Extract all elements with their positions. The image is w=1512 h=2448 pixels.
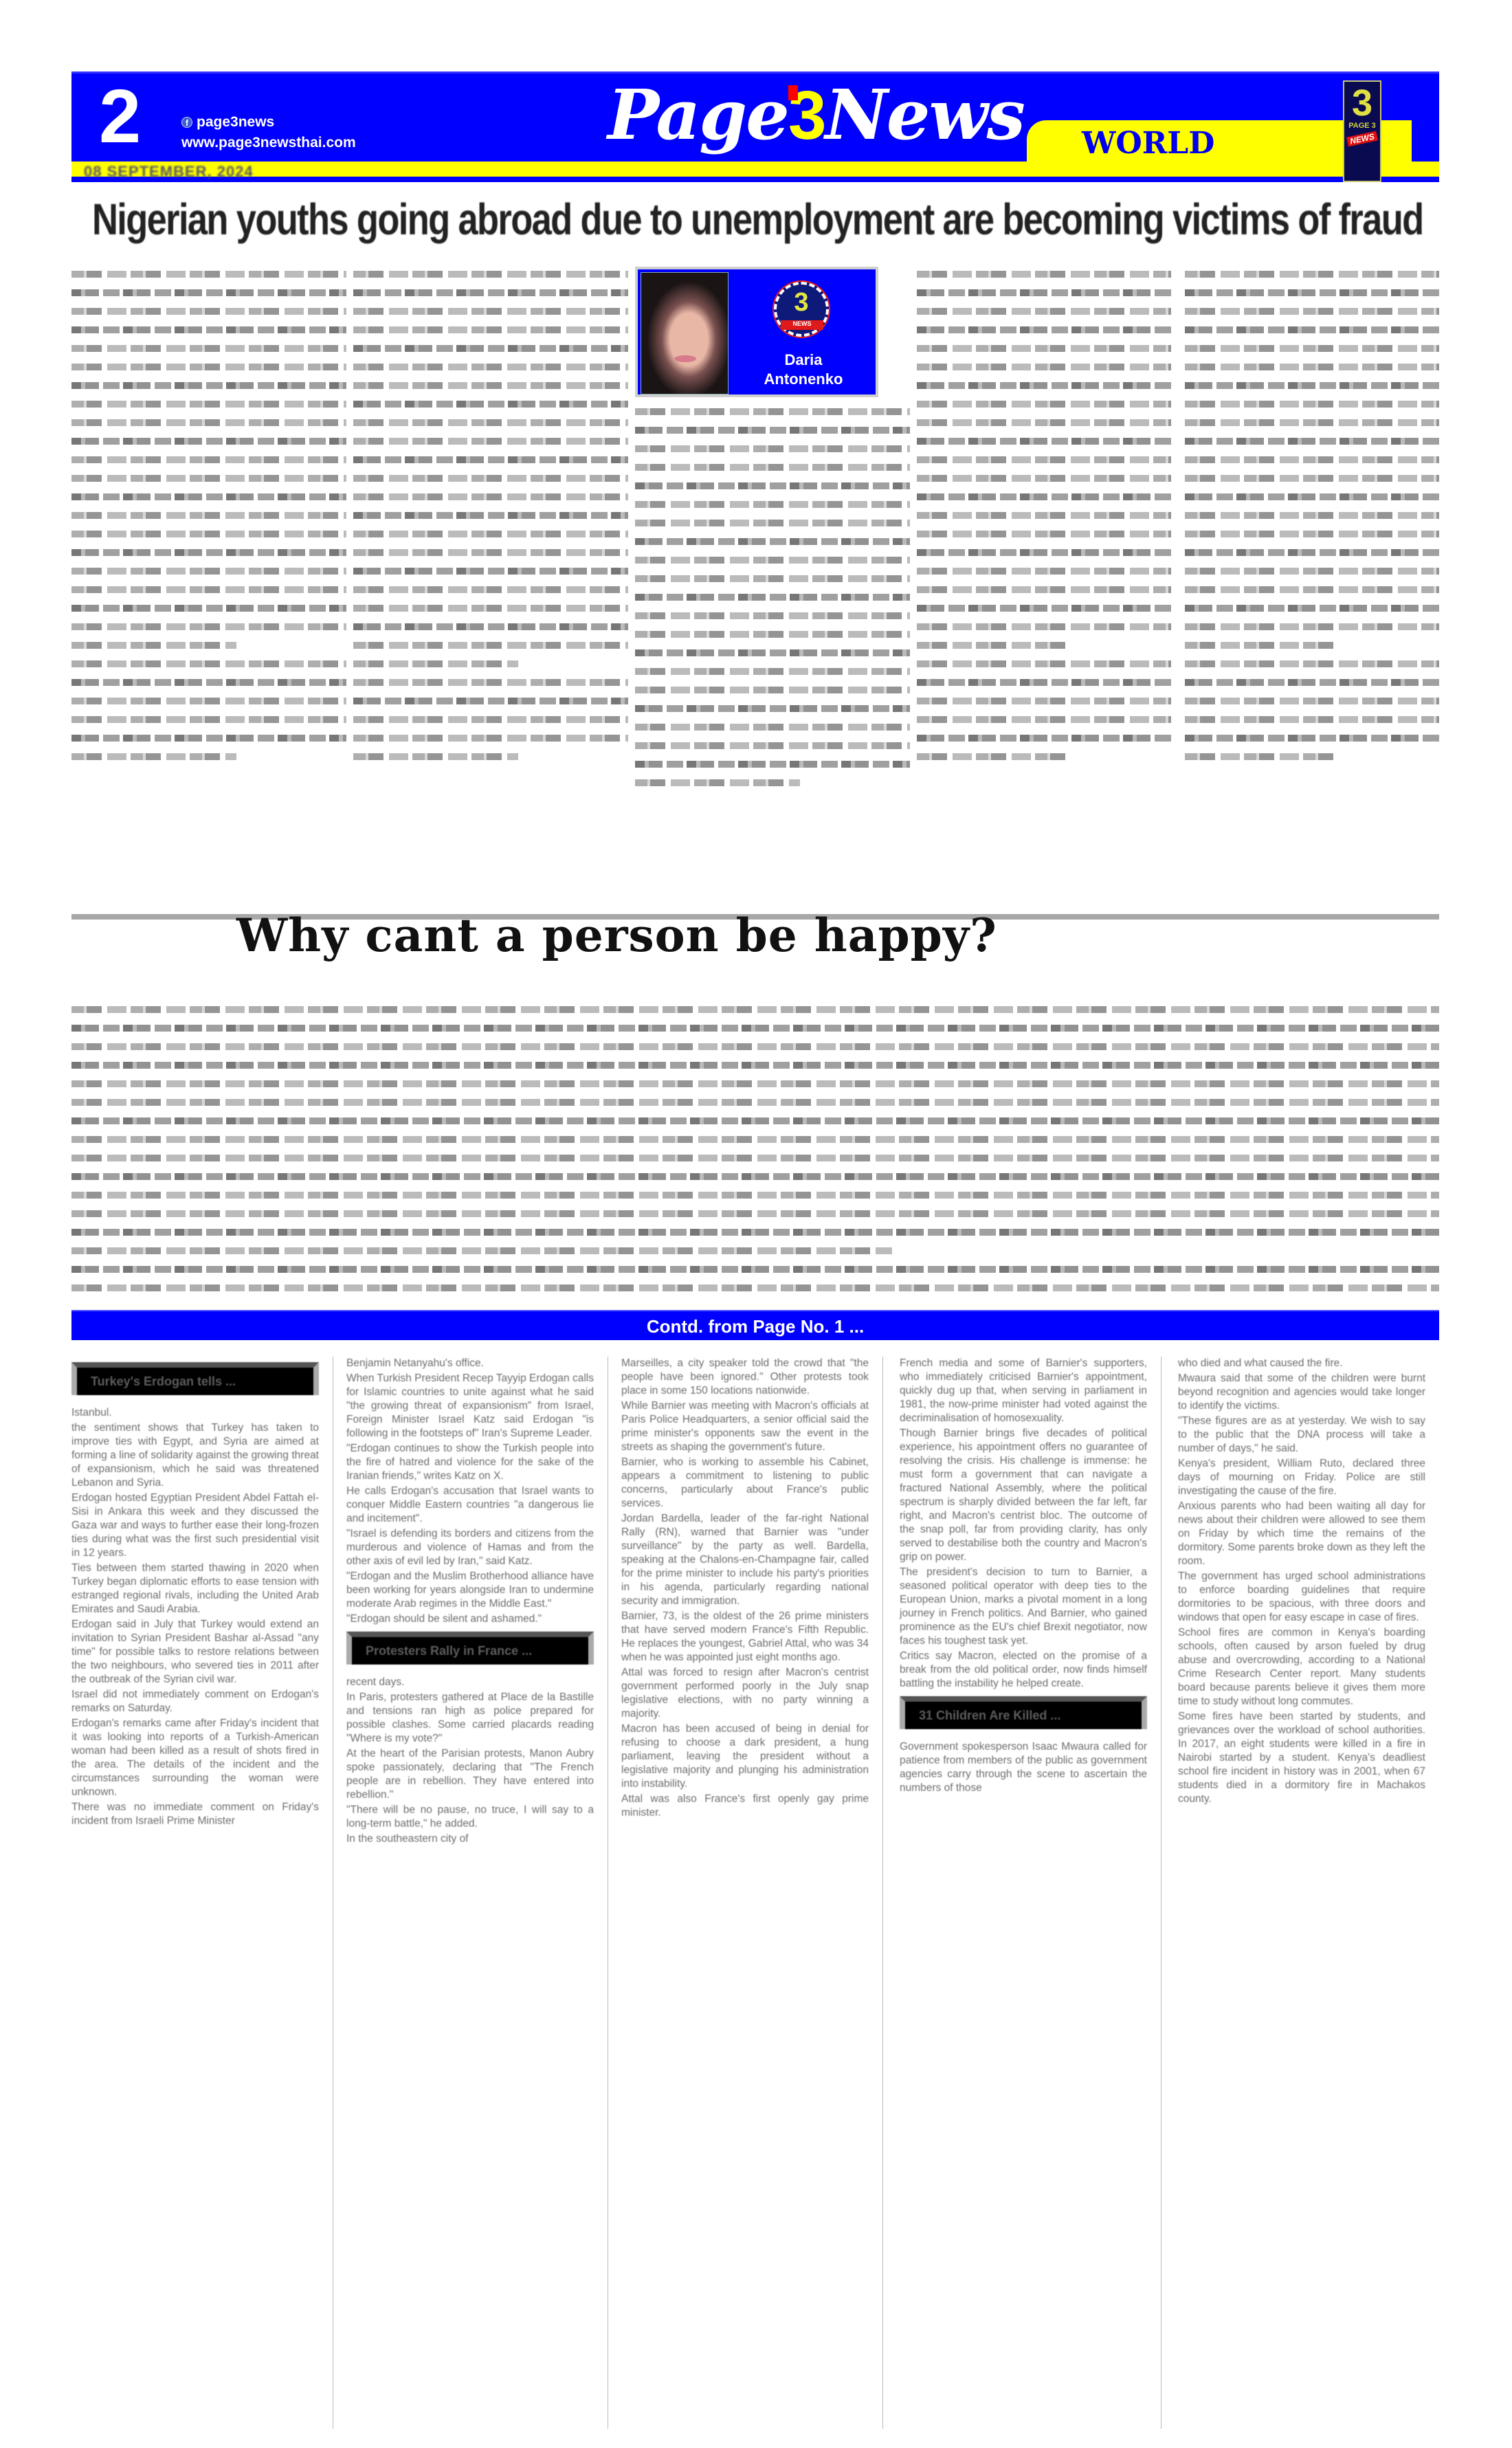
emblem-number: 3 (794, 288, 808, 317)
paragraph: In Paris, protesters gathered at Place d… (346, 1691, 594, 1746)
author-card: 3 NEWS Daria Antonenko (635, 267, 878, 397)
website-link[interactable]: www.page3newsthai.com (181, 133, 356, 153)
logo-prefix: Page (608, 74, 788, 155)
section-label-france[interactable]: Protesters Rally in France ... (346, 1632, 594, 1665)
author-first-name: Daria (729, 350, 878, 370)
paragraph: French media and some of Barnier's suppo… (900, 1357, 1147, 1425)
paragraph: At the heart of the Parisian protests, M… (346, 1747, 594, 1802)
paragraph: Erdogan's remarks came after Friday's in… (71, 1717, 319, 1799)
paragraph: Attal was forced to resign after Macron'… (621, 1666, 869, 1721)
masthead: 2 fpage3news www.page3newsthai.com Page3… (71, 71, 1439, 181)
paragraph: "Erdogan continues to show the Turkish p… (346, 1442, 594, 1483)
paragraph: When Turkish President Recep Tayyip Erdo… (346, 1372, 594, 1440)
date-strip: 08 SEPTEMBER, 2024 (71, 162, 1439, 182)
author-last-name: Antonenko (729, 370, 878, 389)
article1-column-2 (353, 271, 628, 772)
newspaper-page: 2 fpage3news www.page3newsthai.com Page3… (71, 71, 1439, 181)
section-label-kenya[interactable]: 31 Children Are Killed ... (900, 1696, 1147, 1729)
contd-column-2: Benjamin Netanyahu's office. When Turkis… (346, 1357, 594, 1847)
section-label-turkey[interactable]: Turkey's Erdogan tells ... (71, 1362, 319, 1395)
contd-column-3: Marseilles, a city speaker told the crow… (621, 1357, 869, 1821)
author-name: Daria Antonenko (729, 350, 878, 389)
paragraph: Macron has been accused of being in deni… (621, 1722, 869, 1791)
column-divider (333, 1357, 333, 2429)
paragraph: Erdogan said in July that Turkey would e… (71, 1618, 319, 1687)
facebook-handle[interactable]: page3news (197, 114, 274, 130)
article1-column-4 (917, 271, 1171, 772)
paragraph: "There will be no pause, no truce, I wil… (346, 1803, 594, 1831)
page3news-logo: Page3News (608, 80, 1024, 150)
page-number: 2 (99, 79, 141, 155)
article1-column-3 (635, 408, 910, 798)
paragraph: Anxious parents who had been waiting all… (1178, 1500, 1425, 1568)
section-title: WORLD (1082, 126, 1214, 161)
badge-label: PAGE 3 (1344, 122, 1380, 130)
badge-news: NEWS (1346, 131, 1378, 147)
page3-badge-icon: 3 PAGE 3 NEWS (1343, 80, 1381, 182)
paragraph: Ties between them started thawing in 202… (71, 1561, 319, 1616)
paragraph: "Erdogan and the Muslim Brotherhood alli… (346, 1570, 594, 1611)
author-photo (641, 272, 729, 394)
paragraph: While Barnier was meeting with Macron's … (621, 1399, 869, 1454)
paragraph: Benjamin Netanyahu's office. (346, 1357, 594, 1370)
column-divider (882, 1357, 883, 2429)
paragraph: recent days. (346, 1676, 594, 1689)
paragraph: "Israel is defending its borders and cit… (346, 1527, 594, 1568)
paragraph: "These figures are as at yesterday. We w… (1178, 1414, 1425, 1456)
emblem-ribbon: NEWS (781, 320, 823, 330)
paragraph: Attal was also France's first openly gay… (621, 1792, 869, 1820)
paragraph: Istanbul. (71, 1406, 319, 1420)
paragraph: School fires are common in Kenya's board… (1178, 1626, 1425, 1709)
paragraph: In the southeastern city of (346, 1832, 594, 1846)
page3-emblem-icon: 3 NEWS (774, 282, 829, 337)
paragraph: "Erdogan should be silent and ashamed." (346, 1612, 594, 1626)
paragraph: Mwaura said that some of the children we… (1178, 1372, 1425, 1413)
article2-body (71, 1006, 1439, 1303)
article2-headline: Why cant a person be happy? (236, 909, 997, 962)
paragraph: Barnier, who is working to assemble his … (621, 1456, 869, 1511)
paragraph: Israel did not immediately comment on Er… (71, 1688, 319, 1715)
issue-date: 08 SEPTEMBER, 2024 (84, 163, 254, 181)
article1-column-5 (1185, 271, 1439, 772)
paragraph: Marseilles, a city speaker told the crow… (621, 1357, 869, 1398)
continued-from-page-banner: Contd. from Page No. 1 ... (71, 1310, 1439, 1340)
paragraph: The president's decision to turn to Barn… (900, 1566, 1147, 1648)
logo-number: 3 (788, 77, 825, 154)
logo-suffix: News (825, 74, 1023, 155)
contd-column-1: Turkey's Erdogan tells ... Istanbul. the… (71, 1357, 319, 1829)
paragraph: Kenya's president, William Ruto, declare… (1178, 1457, 1425, 1498)
paragraph: Government spokesperson Isaac Mwaura cal… (900, 1740, 1147, 1795)
article1-column-1 (71, 271, 346, 772)
social-links: fpage3news www.page3newsthai.com (181, 112, 356, 153)
article1-headline: Nigerian youths going abroad due to unem… (92, 194, 1186, 245)
paragraph: who died and what caused the fire. (1178, 1357, 1425, 1370)
paragraph: He calls Erdogan's accusation that Israe… (346, 1484, 594, 1526)
facebook-icon: f (181, 117, 192, 128)
paragraph: the sentiment shows that Turkey has take… (71, 1421, 319, 1490)
paragraph: Though Barnier brings five decades of po… (900, 1427, 1147, 1564)
column-divider (608, 1357, 608, 2429)
column-divider (1161, 1357, 1161, 2429)
badge-number: 3 (1344, 85, 1380, 122)
paragraph: Erdogan hosted Egyptian President Abdel … (71, 1491, 319, 1560)
paragraph: The government has urged school administ… (1178, 1570, 1425, 1625)
paragraph: Jordan Bardella, leader of the far-right… (621, 1512, 869, 1608)
paragraph: There was no immediate comment on Friday… (71, 1801, 319, 1828)
contd-column-4: French media and some of Barnier's suppo… (900, 1357, 1147, 1796)
paragraph: Critics say Macron, elected on the promi… (900, 1649, 1147, 1691)
paragraph: Barnier, 73, is the oldest of the 26 pri… (621, 1610, 869, 1665)
paragraph: Some fires have been started by students… (1178, 1710, 1425, 1806)
contd-column-5: who died and what caused the fire. Mwaur… (1178, 1357, 1425, 1807)
